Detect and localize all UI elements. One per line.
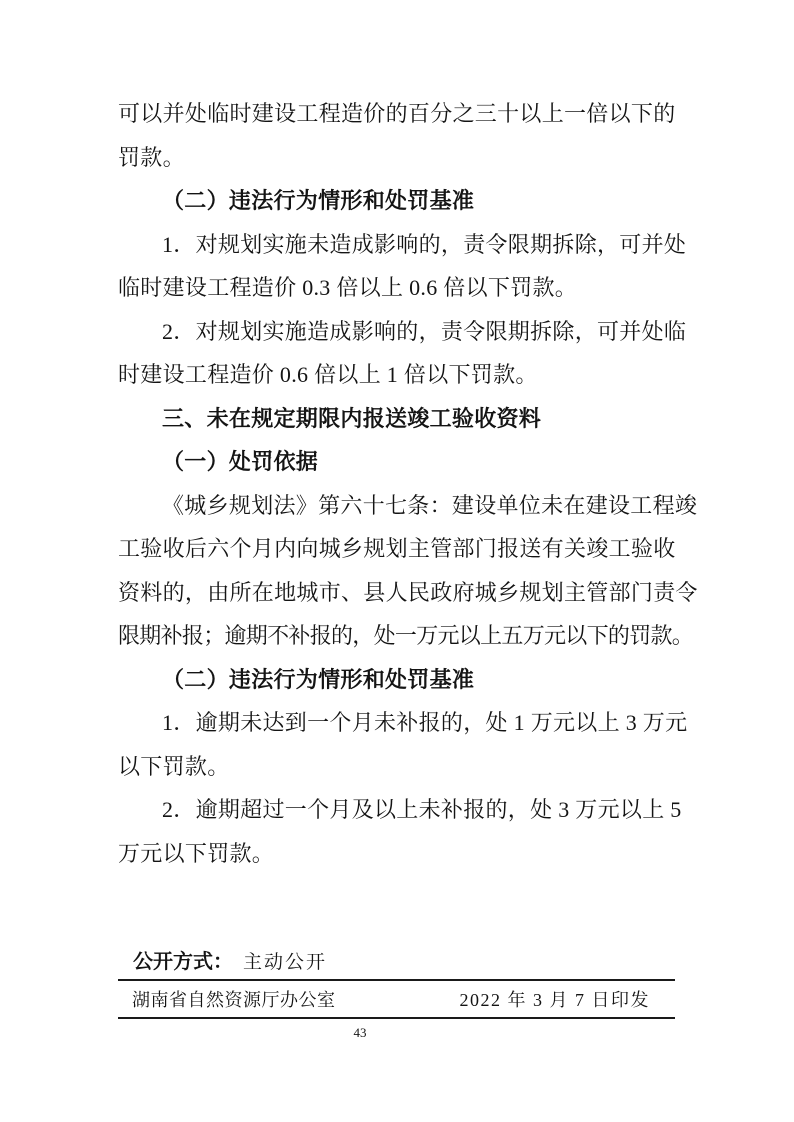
publicity-method-label: 公开方式： bbox=[133, 951, 233, 973]
body-line: 工验收后六个月内向城乡规划主管部门报送有关竣工验收 bbox=[118, 527, 675, 571]
body-line: 1．逾期未达到一个月未补报的，处 1 万元以上 3 万元 bbox=[118, 701, 675, 745]
body-line: 2．逾期超过一个月及以上未补报的，处 3 万元以上 5 bbox=[118, 788, 675, 832]
body-line: 万元以下罚款。 bbox=[118, 832, 675, 876]
body-line: 时建设工程造价 0.6 倍以上 1 倍以下罚款。 bbox=[118, 353, 675, 397]
colophon-row: 湖南省自然资源厅办公室 2022 年 3 月 7 日印发 bbox=[118, 984, 675, 1017]
issuing-office: 湖南省自然资源厅办公室 bbox=[132, 984, 336, 1017]
publicity-method-row: 公开方式：主动公开 bbox=[118, 945, 675, 979]
body-line: 可以并处临时建设工程造价的百分之三十以上一倍以下的 bbox=[118, 92, 675, 136]
body-line: 限期补报；逾期不补报的，处一万元以上五万元以下的罚款。 bbox=[118, 614, 675, 658]
document-page: 可以并处临时建设工程造价的百分之三十以上一倍以下的 罚款。 （二）违法行为情形和… bbox=[0, 0, 794, 1122]
body-line: 罚款。 bbox=[118, 136, 675, 180]
body-line: 临时建设工程造价 0.3 倍以上 0.6 倍以下罚款。 bbox=[118, 266, 675, 310]
body-line: 《城乡规划法》第六十七条：建设单位未在建设工程竣 bbox=[118, 484, 675, 528]
heading-section-three: 三、未在规定期限内报送竣工验收资料 bbox=[118, 397, 675, 441]
document-body: 可以并处临时建设工程造价的百分之三十以上一倍以下的 罚款。 （二）违法行为情形和… bbox=[118, 92, 675, 875]
body-line: 以下罚款。 bbox=[118, 745, 675, 789]
colophon-divider-bottom bbox=[118, 1017, 675, 1019]
heading-violation-criteria: （二）违法行为情形和处罚基准 bbox=[118, 179, 675, 223]
print-date: 2022 年 3 月 7 日印发 bbox=[460, 984, 651, 1017]
heading-penalty-basis: （一）处罚依据 bbox=[118, 440, 675, 484]
page-number: 43 bbox=[338, 1024, 382, 1042]
colophon-divider-top bbox=[118, 979, 675, 981]
body-line: 资料的，由所在地城市、县人民政府城乡规划主管部门责令 bbox=[118, 571, 675, 615]
body-line: 2．对规划实施造成影响的，责令限期拆除，可并处临 bbox=[118, 310, 675, 354]
body-line: 1．对规划实施未造成影响的，责令限期拆除，可并处 bbox=[118, 223, 675, 267]
publicity-method-value: 主动公开 bbox=[243, 952, 327, 973]
heading-violation-criteria: （二）违法行为情形和处罚基准 bbox=[118, 658, 675, 702]
